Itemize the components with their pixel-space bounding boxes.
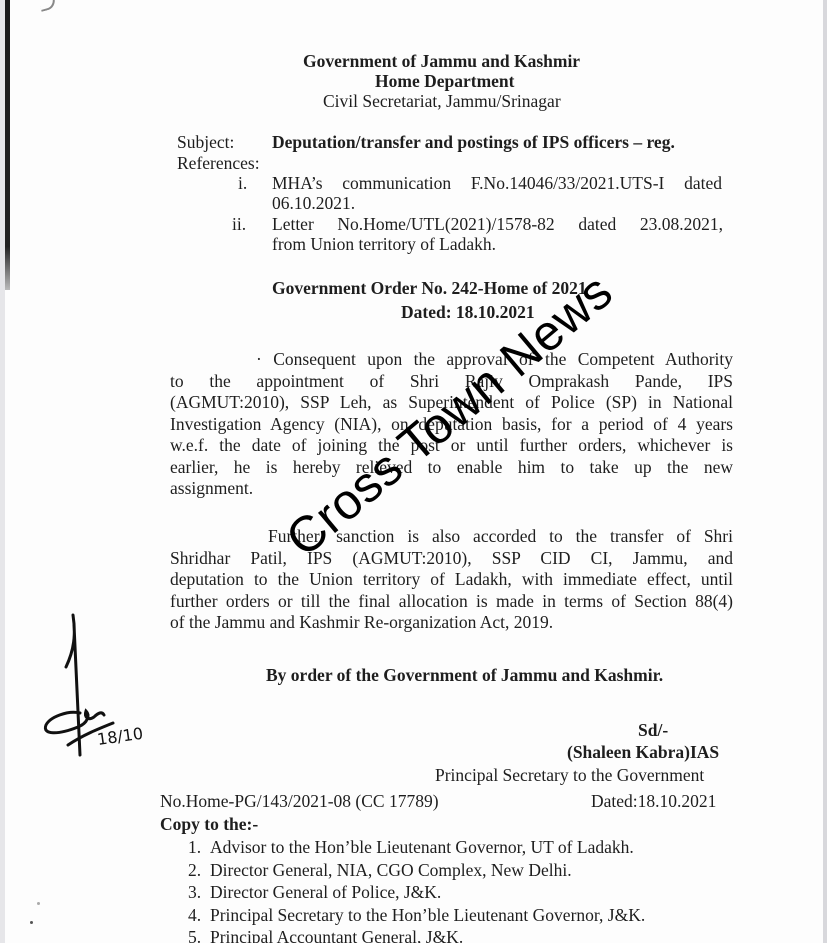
order-dated: Dated: 18.10.2021	[401, 302, 535, 322]
scan-speck	[30, 921, 33, 924]
header-office: Civil Secretariat, Jammu/Srinagar	[323, 91, 561, 111]
copy-to-item: 2.Director General, NIA, CGO Complex, Ne…	[188, 859, 645, 882]
header-government: Government of Jammu and Kashmir	[303, 51, 580, 71]
order-title: Government Order No. 242-Home of 2021	[272, 278, 587, 298]
copy-to-item: 5.Principal Accountant General, J&K.	[188, 926, 645, 943]
reference-2-line-2: from Union territory of Ladakh.	[272, 234, 496, 254]
copy-to-label: Copy to the:-	[160, 814, 258, 834]
paragraph-1-line: earlier, he is hereby relieved to enable…	[170, 457, 733, 479]
reference-1-line-1: MHA’s communication F.No.14046/33/2021.U…	[272, 173, 722, 193]
paragraph-1-line: assignment.	[170, 478, 733, 500]
paragraph-2-line: Further, sanction is also accorded to th…	[170, 526, 733, 548]
scan-speck	[37, 902, 40, 905]
header-department: Home Department	[375, 71, 514, 91]
signatory-name: (Shaleen Kabra)IAS	[567, 742, 719, 762]
copy-to-item: 3.Director General of Police, J&K.	[188, 881, 645, 904]
signatory-designation: Principal Secretary to the Government	[435, 765, 704, 785]
paragraph-2-line: further orders or till the final allocat…	[170, 591, 733, 613]
paragraph-2-line: Shridhar Patil, IPS (AGMUT:2010), SSP CI…	[170, 548, 733, 570]
subject-text: Deputation/transfer and postings of IPS …	[272, 132, 675, 152]
pen-mark	[39, 0, 57, 12]
reference-marker-2: ii.	[232, 214, 246, 234]
copy-to-list: 1.Advisor to the Hon’ble Lieutenant Gove…	[188, 836, 645, 943]
closing-statement: By order of the Government of Jammu and …	[266, 665, 663, 685]
handwritten-signature-icon: 18/10	[38, 605, 148, 765]
reference-dated: Dated:18.10.2021	[591, 791, 716, 811]
document-page: Government of Jammu and Kashmir Home Dep…	[0, 0, 827, 943]
reference-marker-1: i.	[238, 173, 247, 193]
paragraph-2-line: deputation to the Union territory of Lad…	[170, 569, 733, 591]
paragraph-2: Further, sanction is also accorded to th…	[170, 526, 733, 634]
subject-label: Subject:	[177, 132, 234, 152]
paragraph-1-line: · Consequent upon the approval of the Co…	[170, 349, 733, 371]
reference-1-line-2: 06.10.2021.	[272, 193, 355, 213]
copy-to-item: 4.Principal Secretary to the Hon’ble Lie…	[188, 904, 645, 927]
references-label: References:	[177, 153, 260, 173]
reference-number: No.Home-PG/143/2021-08 (CC 17789)	[160, 791, 439, 811]
paragraph-2-line: of the Jammu and Kashmir Re-organization…	[170, 612, 733, 634]
copy-to-item: 1.Advisor to the Hon’ble Lieutenant Gove…	[188, 836, 645, 859]
scan-border-left	[5, 0, 10, 290]
signed-mark: Sd/-	[638, 720, 668, 740]
page-edge-right	[823, 0, 827, 943]
reference-2-line-1: Letter No.Home/UTL(2021)/1578-82 dated 2…	[272, 214, 723, 234]
